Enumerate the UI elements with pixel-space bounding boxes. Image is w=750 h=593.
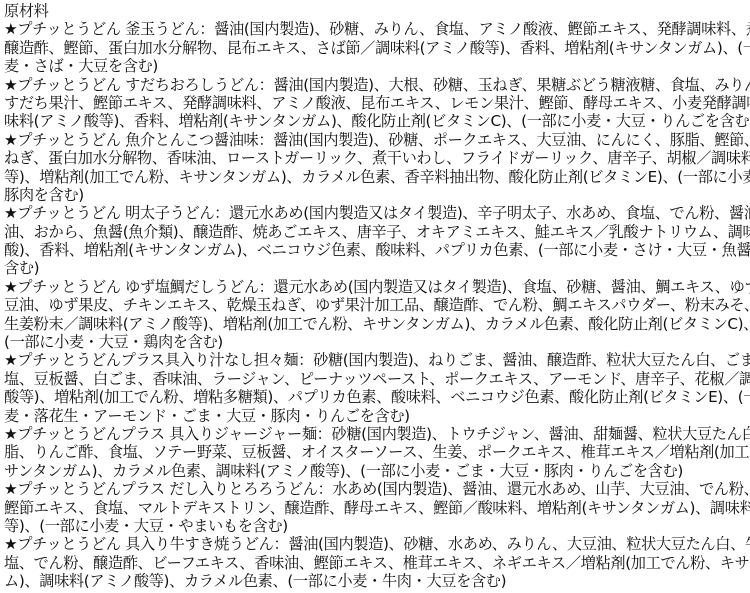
ingredient-line: 等)、(一部に小麦・大豆・やまいもを含む) (4, 517, 750, 535)
ingredient-line: 酸等)、増粘剤(加工でん粉、増粘多糖類)、パプリカ色素、酸味料、ベニコウジ色素、… (4, 388, 750, 406)
ingredient-line: 豚肉を含む) (4, 186, 750, 204)
ingredient-line: 豆油、ゆず果皮、チキンエキス、乾燥玉ねぎ、ゆず果汁加工品、醸造酢、でん粉、鯛エキ… (4, 296, 750, 314)
ingredient-line: 生姜粉末／調味料(アミノ酸等)、増粘剤(加工でん粉、キサンタンガム)、カラメル色… (4, 315, 750, 333)
product-block-yuzu-shio-taidashi-udon: ★プチッとうどん ゆず塩鯛だしうどん：還元水あめ(国内製造又はタイ製造)、食塩、… (4, 278, 750, 352)
ingredient-line: ★プチッとうどん 魚介とんこつ醤油味：醤油(国内製造)、砂糖、ポークエキス、大豆… (4, 131, 750, 149)
ingredient-line: ★プチッとうどん 具入り牛すき焼うどん：醤油(国内製造)、砂糖、水あめ、みりん、… (4, 535, 750, 553)
ingredient-line: 含む) (4, 259, 750, 277)
ingredient-line: 等)、増粘剤(加工でん粉、キサンタンガム)、カラメル色素、香辛料抽出物、酸化防止… (4, 168, 750, 186)
ingredients-document: 原材料 ★プチッとうどん 釜玉うどん：醤油(国内製造)、砂糖、みりん、食塩、アミ… (0, 0, 750, 591)
product-block-tororo-udon: ★プチッとうどんプラス だし入りとろろうどん：水あめ(国内製造)、醤油、還元水あ… (4, 480, 750, 535)
ingredient-line: ★プチッとうどん 釜玉うどん：醤油(国内製造)、砂糖、みりん、食塩、アミノ酸液、… (4, 20, 750, 38)
ingredient-line: 醸造酢、鰹節、蛋白加水分解物、昆布エキス、さば節／調味料(アミノ酸等)、香料、増… (4, 39, 750, 57)
ingredient-line: 麦・さば・大豆を含む) (4, 57, 750, 75)
ingredient-line: 油、おから、魚醤(魚介類)、醸造酢、焼あごエキス、唐辛子、オキアミエキス、鮭エキ… (4, 223, 750, 241)
ingredient-line: (一部に小麦・大豆・鶏肉を含む) (4, 333, 750, 351)
ingredient-line: 鰹節エキス、食塩、マルトデキストリン、醸造酢、酵母エキス、鰹節／酸味料、増粘剤(… (4, 499, 750, 517)
ingredient-line: ねぎ、蛋白加水分解物、香味油、ローストガーリック、煮干いわし、フライドガーリック… (4, 149, 750, 167)
ingredient-line: ★プチッとうどん ゆず塩鯛だしうどん：還元水あめ(国内製造又はタイ製造)、食塩、… (4, 278, 750, 296)
ingredient-line: 麦・落花生・アーモンド・ごま・大豆・豚肉・りんごを含む) (4, 407, 750, 425)
ingredient-line: ★プチッとうどん すだちおろしうどん：醤油(国内製造)、大根、砂糖、玉ねぎ、果糖… (4, 76, 750, 94)
ingredient-line: ム)、調味料(アミノ酸等)、カラメル色素、(一部に小麦・牛肉・大豆を含む) (4, 572, 750, 590)
product-block-sudachi-oroshi-udon: ★プチッとうどん すだちおろしうどん：醤油(国内製造)、大根、砂糖、玉ねぎ、果糖… (4, 76, 750, 131)
ingredient-line: ★プチッとうどん 明太子うどん：還元水あめ(国内製造又はタイ製造)、辛子明太子、… (4, 204, 750, 222)
ingredient-line: 塩、でん粉、醸造酢、ビーフエキス、香味油、鰹節エキス、椎茸エキス、ネギエキス／増… (4, 554, 750, 572)
product-block-gyokai-tonkotsu-shoyu: ★プチッとうどん 魚介とんこつ醤油味：醤油(国内製造)、砂糖、ポークエキス、大豆… (4, 131, 750, 205)
ingredient-line: ★プチッとうどんプラス 具入りジャージャー麺：砂糖(国内製造)、トウチジャン、醤… (4, 425, 750, 443)
ingredient-line: 酸)、香料、増粘剤(キサンタンガム)、ベニコウジ色素、酸味料、パプリカ色素、(一… (4, 241, 750, 259)
product-block-gyu-sukiyaki-udon: ★プチッとうどん 具入り牛すき焼うどん：醤油(国内製造)、砂糖、水あめ、みりん、… (4, 535, 750, 590)
ingredient-line: 塩、豆板醤、白ごま、香味油、ラージャン、ピーナッツペースト、ポークエキス、アーモ… (4, 370, 750, 388)
product-block-jajamen: ★プチッとうどんプラス 具入りジャージャー麺：砂糖(国内製造)、トウチジャン、醤… (4, 425, 750, 480)
product-block-shirunashi-tantanmen: ★プチッとうどんプラス具入り汁なし担々麺：砂糖(国内製造)、ねりごま、醤油、醸造… (4, 351, 750, 425)
product-block-mentaiko-udon: ★プチッとうどん 明太子うどん：還元水あめ(国内製造又はタイ製造)、辛子明太子、… (4, 204, 750, 278)
ingredient-line: サンタンガム)、カラメル色素、調味料(アミノ酸等)、(一部に小麦・ごま・大豆・豚… (4, 462, 750, 480)
ingredient-line: すだち果汁、鰹節エキス、発酵調味料、アミノ酸液、昆布エキス、レモン果汁、鰹節、酵… (4, 94, 750, 112)
ingredient-line: 味料(アミノ酸等)、香料、増粘剤(キサンタンガム)、酸化防止剤(ビタミンC)、(… (4, 112, 750, 130)
product-block-kamatama-udon: ★プチッとうどん 釜玉うどん：醤油(国内製造)、砂糖、みりん、食塩、アミノ酸液、… (4, 20, 750, 75)
ingredient-line: ★プチッとうどんプラス だし入りとろろうどん：水あめ(国内製造)、醤油、還元水あ… (4, 480, 750, 498)
ingredient-line: ★プチッとうどんプラス具入り汁なし担々麺：砂糖(国内製造)、ねりごま、醤油、醸造… (4, 351, 750, 369)
document-title: 原材料 (4, 2, 750, 20)
ingredient-line: 脂、りんご酢、食塩、ソテー野菜、豆板醤、オイスターソース、生姜、ポークエキス、椎… (4, 443, 750, 461)
